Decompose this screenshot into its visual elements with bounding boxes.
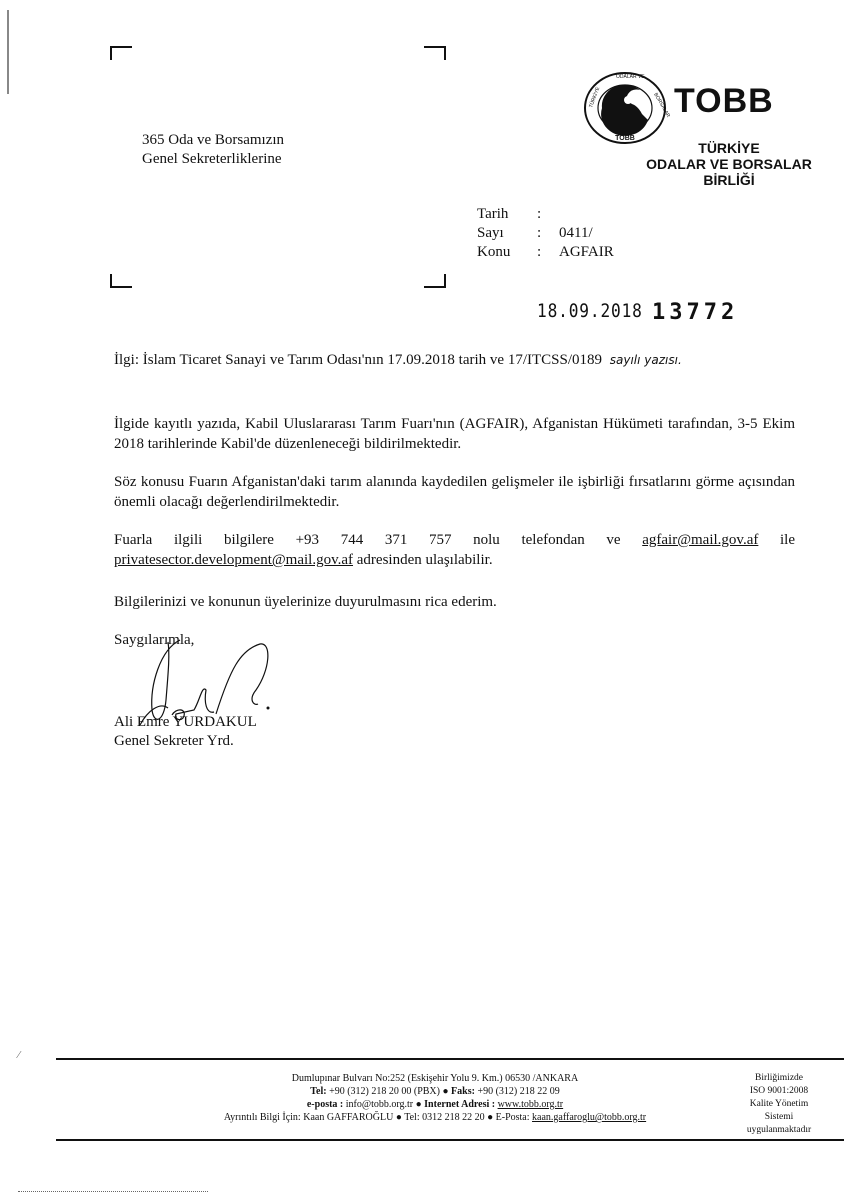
email-link-privatesector[interactable]: privatesector.development@mail.gov.af [114,552,353,568]
tobb-logo-icon: TOBB TÜRKİYE ODALAR VE BORSALAR [580,70,670,146]
svg-text:BORSALAR: BORSALAR [652,92,670,119]
meta-subject: Konu : AGFAIR [477,243,614,262]
address-window-corner [424,46,446,60]
meta-number: Sayı : 0411/ [477,224,614,243]
bullet-icon: ● [416,1099,422,1110]
footer-web: e-posta : info@tobb.org.tr ● Internet Ad… [170,1098,700,1111]
tel-label: Tel: [310,1086,326,1097]
contact-name: Kaan GAFFAROĞLU [303,1112,393,1123]
reference-handwritten: sayılı yazısı. [610,353,682,367]
stamp-number: 13772 [652,300,738,325]
signer-block: Ali Emre YURDAKUL Genel Sekreter Yrd. [114,713,257,751]
stamp-date: 18.09.2018 [537,300,643,322]
email-link-agfair[interactable]: agfair@mail.gov.af [642,532,758,548]
svg-text:ODALAR VE: ODALAR VE [616,74,645,80]
meta-label: Tarih [477,205,537,224]
meta-colon: : [537,243,559,262]
signer-title: Genel Sekreter Yrd. [114,732,257,751]
scan-artifact: ⁄ [18,1050,20,1061]
address-window-corner [110,46,132,60]
brand-name: TOBB [674,82,774,121]
fax-label: Faks: [451,1086,475,1097]
meta-colon: : [537,205,559,224]
footer-contact: Dumlupınar Bulvarı No:252 (Eskişehir Yol… [170,1072,700,1124]
meta-label: Sayı [477,224,537,243]
addressee-line: Genel Sekreterliklerine [142,150,284,169]
org-name-line: BİRLİĞİ [634,172,824,188]
org-name-line: TÜRKİYE [634,140,824,156]
quality-line: ISO 9001:2008 [724,1085,834,1098]
reference-line: İlgi: İslam Ticaret Sanayi ve Tarım Odas… [114,352,682,369]
svg-text:TÜRKİYE: TÜRKİYE [587,85,601,108]
web-label: Internet Adresi : [424,1099,495,1110]
footer-phones: Tel: +90 (312) 218 20 00 (PBX) ● Faks: +… [170,1085,700,1098]
quality-line: Kalite Yönetim [724,1098,834,1111]
reference-text: İlgi: İslam Ticaret Sanayi ve Tarım Odas… [114,352,602,368]
svg-text:TOBB: TOBB [615,135,635,142]
quality-line: Birliğimizde [724,1072,834,1085]
fax-value: +90 (312) 218 22 09 [477,1086,559,1097]
meta-value: AGFAIR [559,243,614,262]
email-value[interactable]: info@tobb.org.tr [346,1099,413,1110]
quality-line: Sistemi [724,1111,834,1124]
contact-email-label: E-Posta: [496,1112,530,1123]
contact-tel: Tel: 0312 218 22 20 [404,1112,484,1123]
footer-rule [56,1139,844,1141]
footer-contact-person: Ayrıntılı Bilgi İçin: Kaan GAFFAROĞLU ● … [170,1111,700,1124]
addressee-line: 365 Oda ve Borsamızın [142,131,284,150]
contact-text: adresinden ulaşılabilir. [353,552,493,568]
address-window-corner [110,274,132,288]
quality-note: Birliğimizde ISO 9001:2008 Kalite Yöneti… [724,1072,834,1137]
bullet-icon: ● [487,1112,493,1123]
org-name-line: ODALAR VE BORSALAR [634,156,824,172]
tel-value: +90 (312) 218 20 00 (PBX) [329,1086,440,1097]
addressee: 365 Oda ve Borsamızın Genel Sekreterlikl… [142,131,284,169]
scan-artifact [18,1191,208,1193]
footer-rule [56,1058,844,1060]
meta-label: Konu [477,243,537,262]
contact-text: ile [758,532,795,548]
org-name: TÜRKİYE ODALAR VE BORSALAR BİRLİĞİ [634,140,824,188]
address-window-corner [424,274,446,288]
contact-label: Ayrıntılı Bilgi İçin: [224,1112,301,1123]
scan-artifact [7,10,9,94]
meta-date: Tarih : [477,205,614,224]
meta-value: 0411/ [559,224,593,243]
contact-email-link[interactable]: kaan.gaffaroglu@tobb.org.tr [532,1112,646,1123]
quality-line: uygulanmaktadır [724,1124,834,1137]
meta-colon: : [537,224,559,243]
email-label: e-posta : [307,1099,343,1110]
body-paragraph: Söz konusu Fuarın Afganistan'daki tarım … [114,472,795,512]
body-paragraph: Bilgilerinizi ve konunun üyelerinize duy… [114,592,795,612]
body-paragraph-contact: Fuarla ilgili bilgilere +93 744 371 757 … [114,530,795,570]
signer-name: Ali Emre YURDAKUL [114,713,257,732]
web-link[interactable]: www.tobb.org.tr [498,1099,564,1110]
body-paragraph: İlgide kayıtlı yazıda, Kabil Uluslararas… [114,414,795,454]
bullet-icon: ● [396,1112,402,1123]
contact-text: Fuarla ilgili bilgilere +93 744 371 757 … [114,532,642,548]
document-meta: Tarih : Sayı : 0411/ Konu : AGFAIR [477,205,614,262]
bullet-icon: ● [442,1086,448,1097]
footer-address: Dumlupınar Bulvarı No:252 (Eskişehir Yol… [170,1072,700,1085]
